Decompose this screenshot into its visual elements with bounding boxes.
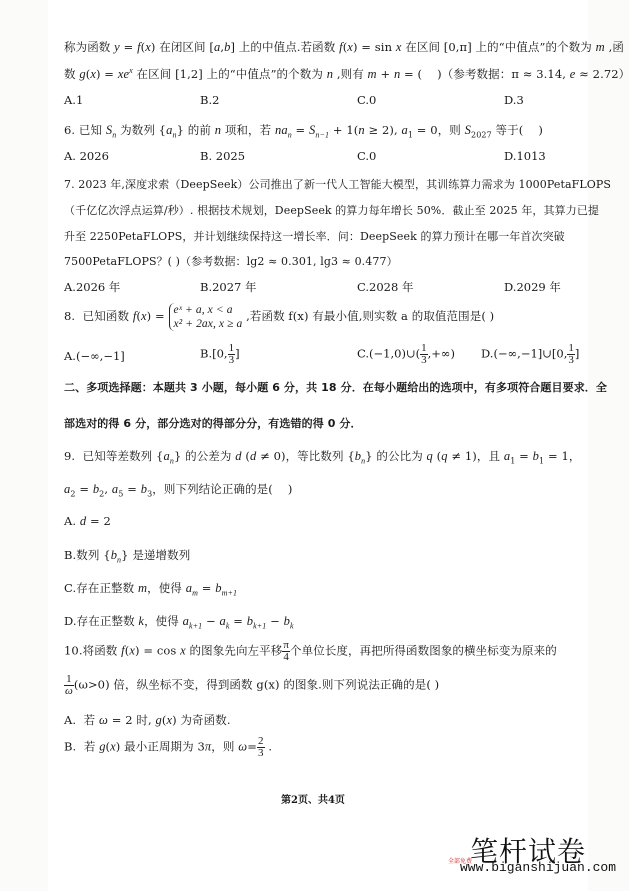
q10-option-a: A. 若 ω = 2 时, g(x) 为奇函数.	[64, 712, 231, 728]
q6-option-a: A. 2026	[64, 149, 109, 163]
q9-line-1: 9. 已知等差数列 {an} 的公差为 d (d ≠ 0)，等比数列 {bn} …	[64, 448, 580, 466]
q9-option-c: C.存在正整数 m，使得 am = bm+1	[64, 580, 237, 598]
q8-suffix: ,若函数 f(x) 有最小值,则实数 a 的取值范围是( )	[246, 309, 494, 323]
q10-line-1-a: 10.将函数 f(x) = cos x 的图象先向左平移	[64, 644, 282, 658]
page-number: 第2页、共4页	[281, 791, 345, 806]
q5-option-d: D.3	[504, 93, 524, 107]
q7-option-c: C.2028 年	[357, 279, 413, 295]
q7-option-d: D.2029 年	[504, 279, 561, 295]
q9-option-b: B.数列 {bn} 是递增数列	[64, 547, 190, 565]
q6-stem: 6. 已知 Sn 为数列 {an} 的前 n 项和，若 nan = Sn−1 +…	[64, 122, 543, 140]
q7-line-4: 7500PetaFLOPS？( )（参考数据：lg2 ≈ 0.301, lg3 …	[64, 253, 398, 269]
section-2-header-line-2: 部选对的得 6 分，部分选对的得部分分，有选错的得 0 分．	[64, 415, 362, 431]
q7-line-1: 7. 2023 年,深度求索（DeepSeek）公司推出了新一代人工智能大模型，…	[64, 176, 611, 192]
q10-line-2-b: (ω>0) 倍，纵坐标不变，得到函数 g(x) 的图象.则下列说法正确的是( )	[74, 678, 439, 692]
q8-case-1: eˣ + a, x < a	[174, 303, 243, 317]
q8-case-2: x² + 2ax, x ≥ a	[174, 317, 243, 331]
q9-option-a: A. d = 2	[64, 514, 111, 529]
q8-option-a: A.(−∞,−1]	[64, 349, 125, 363]
q9-line-2: a2 = b2, a5 = b3，则下列结论正确的是( )	[64, 481, 292, 498]
q8-option-c: C.(−1,0)∪(13,+∞)	[357, 343, 455, 366]
q8-stem: 8. 已知函数 f(x) = eˣ + a, x < ax² + 2ax, x …	[64, 303, 494, 331]
q7-line-2: （千亿亿次浮点运算/秒）. 根据技术规划，DeepSeek 的算力每年增长 50…	[64, 202, 599, 218]
q5-line-2: 数 g(x) = xex 在区间 [1,2] 上的“中值点”的个数为 n ,则有…	[64, 66, 629, 82]
q10-scale-fraction: 1ω	[64, 674, 74, 697]
q6-option-c: C.0	[357, 149, 376, 163]
q10-line-1-b: 个单位长度，再把所得函数图象的横坐标变为原来的	[290, 644, 557, 658]
q10-shift-fraction: π4	[282, 640, 290, 663]
q10-line-1: 10.将函数 f(x) = cos x 的图象先向左平移π4个单位长度，再把所得…	[64, 640, 557, 663]
q9-option-d: D.存在正整数 k，使得 ak+1 − ak = bk+1 − bk	[64, 613, 294, 631]
q6-option-b: B. 2025	[200, 149, 245, 163]
q5-option-b: B.2	[200, 93, 219, 107]
q8-prefix: 8. 已知函数 f(x) =	[64, 309, 165, 323]
q8-option-d: D.(−∞,−1]∪[0,13]	[481, 343, 579, 366]
q5-line-1: 称为函数 y = f(x) 在闭区间 [a,b] 上的中值点.若函数 f(x) …	[64, 39, 624, 55]
q7-option-a: A.2026 年	[64, 279, 120, 295]
section-2-header-line-1: 二、多项选择题：本题共 3 小题，每小题 6 分，共 18 分．在每小题给出的选…	[64, 379, 607, 395]
q6-option-d: D.1013	[504, 149, 546, 163]
q8-option-b: B.[0,13]	[200, 343, 240, 366]
q5-option-a: A.1	[64, 93, 83, 107]
q7-line-3: 升至 2250PetaFLOPS，并计划继续保持这一增长率．问：DeepSeek…	[64, 228, 565, 244]
q10-option-b: B. 若 g(x) 最小正周期为 3π，则 ω=23 .	[64, 736, 272, 759]
q8-piecewise: eˣ + a, x < ax² + 2ax, x ≥ a	[169, 303, 243, 331]
q5-option-c: C.0	[357, 93, 376, 107]
watermark-url: www.biganshijuan.com	[460, 860, 616, 875]
q10-line-2: 1ω(ω>0) 倍，纵坐标不变，得到函数 g(x) 的图象.则下列说法正确的是(…	[64, 674, 439, 697]
q7-option-b: B.2027 年	[200, 279, 257, 295]
